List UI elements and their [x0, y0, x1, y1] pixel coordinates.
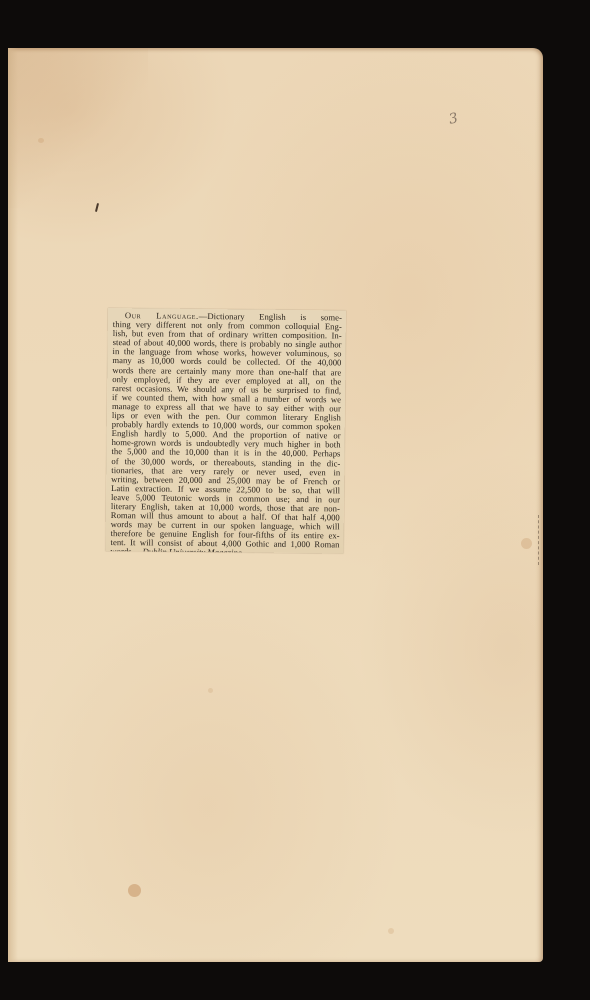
foxing-spot [208, 688, 213, 693]
fore-edge-marks [538, 515, 545, 565]
clipping-text: Our Language.—Dictionary English is some… [105, 308, 346, 553]
foxing-spot [388, 928, 394, 934]
newspaper-clipping: Our Language.—Dictionary English is some… [105, 308, 346, 553]
corner-fold-shadow [8, 48, 148, 208]
foxing-spot [38, 138, 44, 143]
pencil-page-mark: 3 [447, 110, 459, 128]
foxing-spot [521, 538, 532, 549]
foxing-spot [128, 884, 141, 897]
